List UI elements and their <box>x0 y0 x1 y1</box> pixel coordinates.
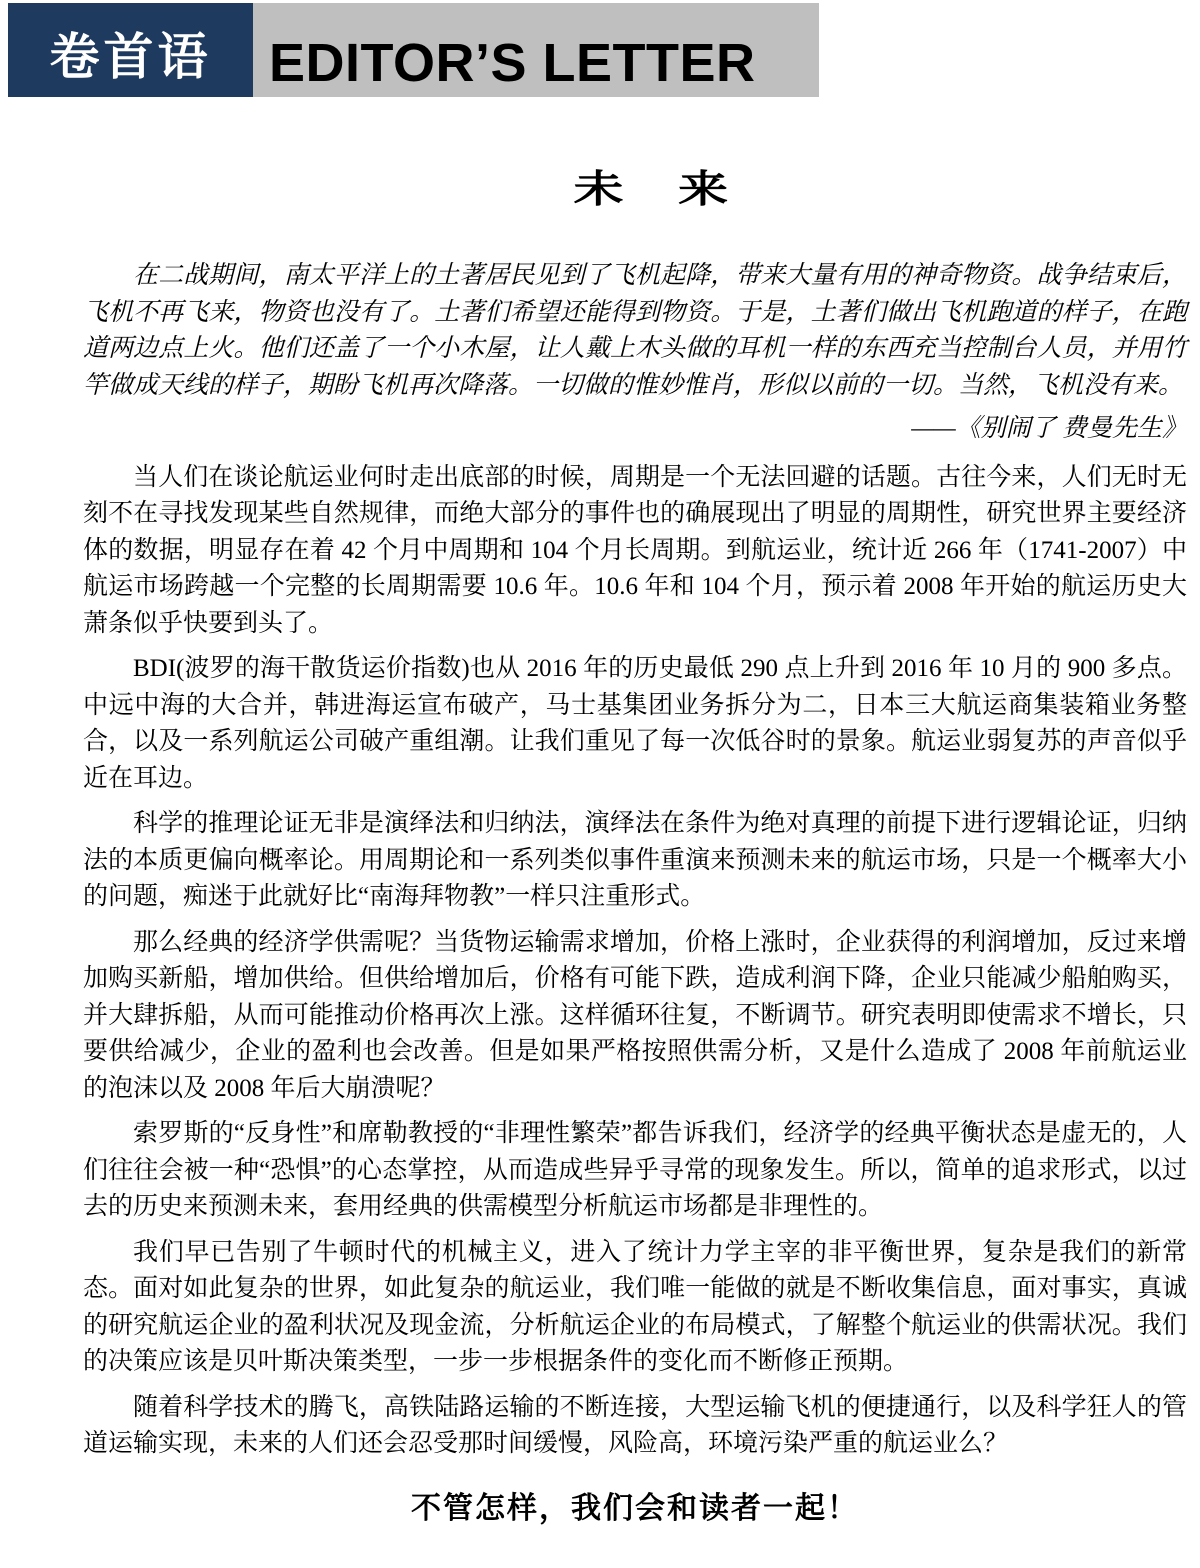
masthead: 卷首语 EDITOR’S LETTER <box>8 3 819 97</box>
section-title-cn: 卷首语 <box>8 3 253 97</box>
body-paragraph-5: 索罗斯的“反身性”和席勒教授的“非理性繁荣”都告诉我们，经济学的经典平衡状态是虚… <box>83 1116 1187 1226</box>
quote-attribution: ——《别闹了 费曼先生》 <box>83 411 1187 448</box>
body-paragraph-4: 那么经典的经济学供需呢？当货物运输需求增加，价格上涨时，企业获得的利润增加，反过… <box>83 925 1187 1108</box>
body-paragraph-1: 当人们在谈论航运业何时走出底部的时候，周期是一个无法回避的话题。古往今来，人们无… <box>83 460 1187 643</box>
opening-quote: 在二战期间，南太平洋上的土著居民见到了飞机起降，带来大量有用的神奇物资。战争结束… <box>83 258 1187 404</box>
body-paragraph-3: 科学的推理论证无非是演绎法和归纳法，演绎法在条件为绝对真理的前提下进行逻辑论证，… <box>83 806 1187 916</box>
body-paragraph-6: 我们早已告别了牛顿时代的机械主义，进入了统计力学主宰的非平衡世界，复杂是我们的新… <box>83 1235 1187 1381</box>
section-title-en: EDITOR’S LETTER <box>253 3 819 97</box>
magazine-page: 卷首语 EDITOR’S LETTER 未 来 在二战期间，南太平洋上的土著居民… <box>0 0 1200 1568</box>
article-body: 在二战期间，南太平洋上的土著居民见到了飞机起降，带来大量有用的神奇物资。战争结束… <box>83 258 1187 1538</box>
body-paragraph-7: 随着科学技术的腾飞，高铁陆路运输的不断连接，大型运输飞机的便捷通行，以及科学狂人… <box>83 1390 1187 1463</box>
closing-slogan: 不管怎样，我们会和读者一起！ <box>83 1489 1187 1529</box>
article-title: 未 来 <box>0 168 1200 210</box>
section-title-cn-label: 卷首语 <box>50 17 212 89</box>
body-paragraph-2: BDI(波罗的海干散货运价指数)也从 2016 年的历史最低 290 点上升到 … <box>83 651 1187 797</box>
section-title-en-label: EDITOR’S LETTER <box>269 32 756 94</box>
